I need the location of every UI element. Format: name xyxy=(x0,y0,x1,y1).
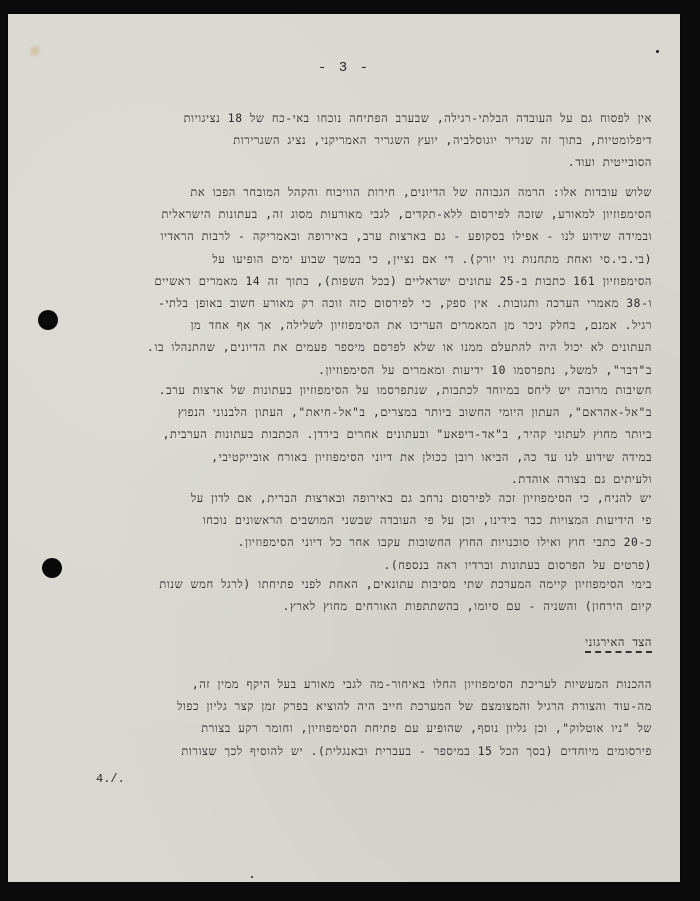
text-line: אין לפסוח גם על העובדה הבלתי-רגילה, שבער… xyxy=(184,108,652,130)
text-line: ההכנות המעשיות לעריכת הסימפוזיון החלו בא… xyxy=(177,674,652,696)
text-line: בימי הסימפוזיון קיימה המערכת שתי מסיבות … xyxy=(159,574,652,596)
text-line: שלוש עובדות אלו: הרמה הגבוהה של הדיונים,… xyxy=(147,182,652,204)
text-line: קיום הירחון) והשניה - עם סיומו, בהשתתפות… xyxy=(159,596,652,618)
paragraph-arab-press: חשיבות מרובה יש ליחס במיוחד לכתבות, שנתפ… xyxy=(159,380,652,491)
text-line: במידה שידוע לנו עד כה, הביאו רובן ככולן … xyxy=(159,447,652,469)
text-line: ב"דבר", למשל, נתפרסמו 10 ידיעות ומאמרים … xyxy=(147,360,652,382)
text-line: הסובייטית ועוד. xyxy=(184,152,652,174)
text-line: הסימפוזיון 161 כתבות ב-25 עתונים ישראליי… xyxy=(147,271,652,293)
text-line: העתונים לא יכול היה להתעלם ממנו או שלא ל… xyxy=(147,337,652,359)
section-heading: הצד האירגוני xyxy=(585,636,652,653)
text-line: הסימפוזיון למאורע, שזכה לפירסום ללא-תקדי… xyxy=(147,204,652,226)
page-number: - 3 - xyxy=(8,60,680,76)
text-line: ביותר מחוץ לעתוני קהיר, ב"אד-דיפאע" ובעת… xyxy=(159,424,652,446)
text-line: ב"אל-אהראם", העתון היומי החשוב ביותר במצ… xyxy=(159,402,652,424)
text-line: פי הידיעות המצויות כבר בידינו, וכן על פי… xyxy=(191,510,652,532)
text-line: של "ניו אוטלוק", וכן גליון נוסף, שהופיע … xyxy=(177,718,652,740)
continuation-marker: 4./. xyxy=(96,772,125,786)
text-line: חשיבות מרובה יש ליחס במיוחד לכתבות, שנתפ… xyxy=(159,380,652,402)
text-line: פירסומים מיוחדים (בסך הכל 15 במיספר - בע… xyxy=(177,741,652,763)
paper-stain xyxy=(28,44,42,58)
punch-hole-bottom xyxy=(42,558,62,578)
paper-speck xyxy=(251,876,253,878)
paragraph-organizational: ההכנות המעשיות לעריכת הסימפוזיון החלו בא… xyxy=(177,674,652,763)
text-line: (בי.בי.סי ואחת מתחנות ניו יורק). די אם נ… xyxy=(147,249,652,271)
text-line: רגיל. אמנם, בחלק ניכר מן המאמרים העריכו … xyxy=(147,315,652,337)
paragraph-press-conferences: בימי הסימפוזיון קיימה המערכת שתי מסיבות … xyxy=(159,574,652,618)
document-page: - 3 - אין לפסוח גם על העובדה הבלתי-רגילה… xyxy=(8,14,680,882)
text-line: דיפלומטיות, בתוך זה שגריר יוגוסלביה, יוע… xyxy=(184,130,652,152)
text-line: ו-38 מאמרי הערכה ותגובות. אין ספק, כי לפ… xyxy=(147,293,652,315)
paper-speck xyxy=(656,50,659,53)
paragraph-europe-us: יש להניח, כי הסימפוזיון זכה לפירסום נרחב… xyxy=(191,488,652,577)
text-line: יש להניח, כי הסימפוזיון זכה לפירסום נרחב… xyxy=(191,488,652,510)
text-line: כ-20 כתבי חוץ ואילו סוכנויות החוץ החשובו… xyxy=(191,532,652,554)
text-line: ובמידה שידוע לנו - אפילו בסקופע - גם באר… xyxy=(147,226,652,248)
paragraph-publicity: שלוש עובדות אלו: הרמה הגבוהה של הדיונים,… xyxy=(147,182,652,382)
paragraph-diplomats: אין לפסוח גם על העובדה הבלתי-רגילה, שבער… xyxy=(184,108,652,175)
text-line: מה-עוד והצורת הרגיל והמצומצם של המערכת ח… xyxy=(177,696,652,718)
punch-hole-top xyxy=(38,310,58,330)
